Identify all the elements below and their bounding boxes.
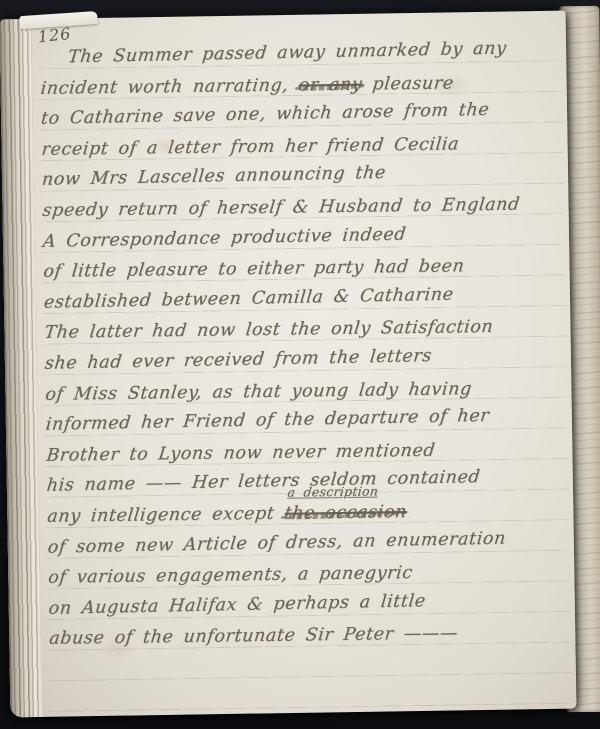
line-text: of Miss Stanley, as that young lady havi… (44, 379, 473, 405)
line-text: abuse of the unfortunate Sir Peter ——— (48, 624, 459, 649)
line-text: informed her Friend of the departure of … (45, 406, 491, 435)
struck-text: or any (298, 74, 364, 95)
line-text: pleasure (361, 73, 455, 94)
line-text: A Correspondance productive indeed (42, 224, 407, 251)
line-text: receipt of a letter from her friend Ceci… (40, 134, 460, 160)
line-text: any intelligence except (46, 504, 285, 527)
line-text: established between Camilla & Catharine (43, 284, 455, 312)
line-text: to Catharine save one, which arose from … (40, 100, 490, 129)
interlinear-insertion: a description (287, 485, 379, 498)
line-text: of various engagements, a panegyric (47, 563, 414, 588)
handwriting-block: The Summer passed away unmarked by any i… (38, 35, 572, 713)
line-text: of some new Article of dress, an enumera… (47, 528, 507, 557)
line-text: his name —— Her letters seldom contained (46, 467, 482, 496)
line-text: The Summer passed away unmarked by any (67, 38, 508, 67)
line-text: she had ever received from the letters (44, 346, 433, 374)
line-text: incident worth narrating, (39, 75, 299, 98)
struck-text: the occasion (283, 502, 408, 524)
line-text: of little pleasure to either party had b… (42, 256, 465, 282)
line-text: speedy return of herself & Husband to En… (41, 195, 521, 221)
notebook-page: 126 The Summer passed away unmarked by a… (0, 11, 576, 718)
line-text: The latter had now lost the only Satisfa… (43, 317, 494, 343)
binding-edge (0, 19, 43, 717)
line-text: Brother to Lyons now never mentioned (45, 440, 436, 465)
line-text: on Augusta Halifax & perhaps a little (48, 591, 427, 619)
manuscript-line-20: abuse of the unfortunate Sir Peter ——— (48, 617, 575, 655)
line-text: now Mrs Lascelles announcing the (41, 163, 387, 190)
photo-background: 126 The Summer passed away unmarked by a… (0, 0, 600, 729)
